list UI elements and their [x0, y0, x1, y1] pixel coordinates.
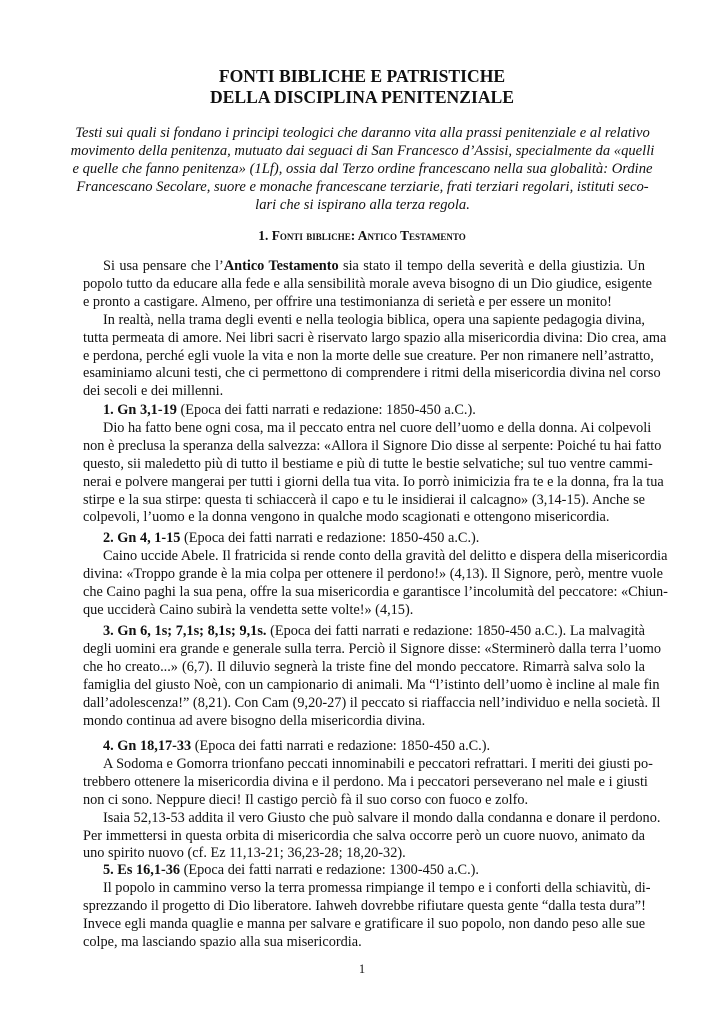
paragraph-antico-testamento: Si usa pensare che l’Antico Testamento s… — [83, 258, 645, 401]
paragraph-line: mondo continua ad avere bisogno della mi… — [83, 713, 645, 731]
paragraph-line: Dio ha fatto bene ogni cosa, ma il pecca… — [83, 420, 645, 438]
entry-header: 5. Es 16,1-36 (Epoca dei fatti narrati e… — [83, 862, 645, 880]
paragraph-line: che Caino paghi la sua pena, offre la su… — [83, 584, 645, 602]
paragraph-line: que ucciderà Caino subirà la vendetta se… — [83, 602, 645, 620]
paragraph-line: stirpe e la sua stirpe: questa ti schiac… — [83, 492, 645, 510]
paragraph-line: sprezzando il progetto di Dio liberatore… — [83, 898, 645, 916]
paragraph-line: Isaia 52,13-53 addita il vero Giusto che… — [83, 810, 645, 828]
intro-line: Francescano Secolare, suore e monache fr… — [70, 178, 655, 196]
paragraph-line: famiglia del giusto Noè, con un campiona… — [83, 677, 645, 695]
paragraph-line: Si usa pensare che l’Antico Testamento s… — [83, 258, 645, 276]
entry-header: 4. Gn 18,17-33 (Epoca dei fatti narrati … — [83, 738, 645, 756]
paragraph-line: dall’adolescenza!” (8,21). Con Cam (9,20… — [83, 695, 645, 713]
document-page: FONTI BIBLICHE E PATRISTICHE DELLA DISCI… — [0, 0, 724, 1024]
paragraph-line: divina: «Troppo grande è la mia colpa pe… — [83, 566, 645, 584]
intro-line: Testi sui quali si fondano i principi te… — [70, 124, 655, 142]
paragraph-line: non è preclusa la speranza della salvezz… — [83, 438, 645, 456]
paragraph-line: trebbero ottenere la misericordia divina… — [83, 774, 645, 792]
paragraph-line: uno spirito nuovo (cf. Ez 11,13-21; 36,2… — [83, 845, 645, 863]
paragraph-line: non ci sono. Neppure dieci! Il castigo p… — [83, 792, 645, 810]
paragraph-line: che ho creato...» (6,7). Il diluvio segn… — [83, 659, 645, 677]
scripture-reference: 4. Gn 18,17-33 — [103, 738, 191, 754]
page-number: 1 — [0, 962, 724, 977]
paragraph-line: e perdona, perché egli vuole la vita e n… — [83, 348, 645, 366]
bold-term: Antico Testamento — [224, 258, 339, 274]
paragraph-line: dei secoli e dei millenni. — [83, 383, 645, 401]
intro-abstract: Testi sui quali si fondano i principi te… — [70, 124, 655, 214]
paragraph-line: questo, sii maledetto più di tutto il be… — [83, 456, 645, 474]
paragraph-line: Per immettersi in questa orbita di miser… — [83, 828, 645, 846]
paragraph-line: e pronto a castigare. Almeno, per offrir… — [83, 294, 645, 312]
title-line-2: DELLA DISCIPLINA PENITENZIALE — [0, 87, 724, 108]
paragraph-line: In realtà, nella trama degli eventi e ne… — [83, 312, 645, 330]
paragraph-line: nerai e polvere mangerai per tutti i gio… — [83, 474, 645, 492]
document-title: FONTI BIBLICHE E PATRISTICHE DELLA DISCI… — [0, 66, 724, 108]
intro-line: lari che si ispirano alla terza regola. — [70, 196, 655, 214]
entry-es-16: 5. Es 16,1-36 (Epoca dei fatti narrati e… — [83, 862, 645, 952]
paragraph-line: Caino uccide Abele. Il fratricida si ren… — [83, 548, 645, 566]
scripture-reference: 3. Gn 6, 1s; 7,1s; 8,1s; 9,1s. — [103, 623, 266, 639]
paragraph-line: Il popolo in cammino verso la terra prom… — [83, 880, 645, 898]
entry-header: 1. Gn 3,1-19 (Epoca dei fatti narrati e … — [83, 402, 645, 420]
entry-gn-6-9: 3. Gn 6, 1s; 7,1s; 8,1s; 9,1s. (Epoca de… — [83, 623, 645, 730]
entry-gn-3: 1. Gn 3,1-19 (Epoca dei fatti narrati e … — [83, 402, 645, 527]
paragraph-line: degli uomini era grande e generale sulla… — [83, 641, 645, 659]
paragraph-line: colpevoli, l’uomo e la donna vengono in … — [83, 509, 645, 527]
entry-header: 2. Gn 4, 1-15 (Epoca dei fatti narrati e… — [83, 530, 645, 548]
intro-line: movimento della penitenza, mutuato dai s… — [70, 142, 655, 160]
paragraph-line: Invece egli manda quaglie e manna per sa… — [83, 916, 645, 934]
entry-gn-4: 2. Gn 4, 1-15 (Epoca dei fatti narrati e… — [83, 530, 645, 620]
section-heading: 1. Fonti bibliche: Antico Testamento — [0, 228, 724, 244]
paragraph-line: A Sodoma e Gomorra trionfano peccati inn… — [83, 756, 645, 774]
paragraph-line: esaminiamo alcuni testi, che ci permetto… — [83, 365, 645, 383]
entry-gn-18: 4. Gn 18,17-33 (Epoca dei fatti narrati … — [83, 738, 645, 863]
scripture-reference: 5. Es 16,1-36 — [103, 862, 180, 878]
paragraph-line: tutta permeata di amore. Nei libri sacri… — [83, 330, 645, 348]
title-line-1: FONTI BIBLICHE E PATRISTICHE — [0, 66, 724, 87]
paragraph-line: colpe, ma lasciando spazio alla sua mise… — [83, 934, 645, 952]
scripture-reference: 2. Gn 4, 1-15 — [103, 530, 180, 546]
entry-header: 3. Gn 6, 1s; 7,1s; 8,1s; 9,1s. (Epoca de… — [83, 623, 645, 641]
scripture-reference: 1. Gn 3,1-19 — [103, 402, 177, 418]
intro-line: e quelle che fanno penitenza» (1Lf), oss… — [70, 160, 655, 178]
paragraph-line: popolo tutto da educare alla fede e alla… — [83, 276, 645, 294]
